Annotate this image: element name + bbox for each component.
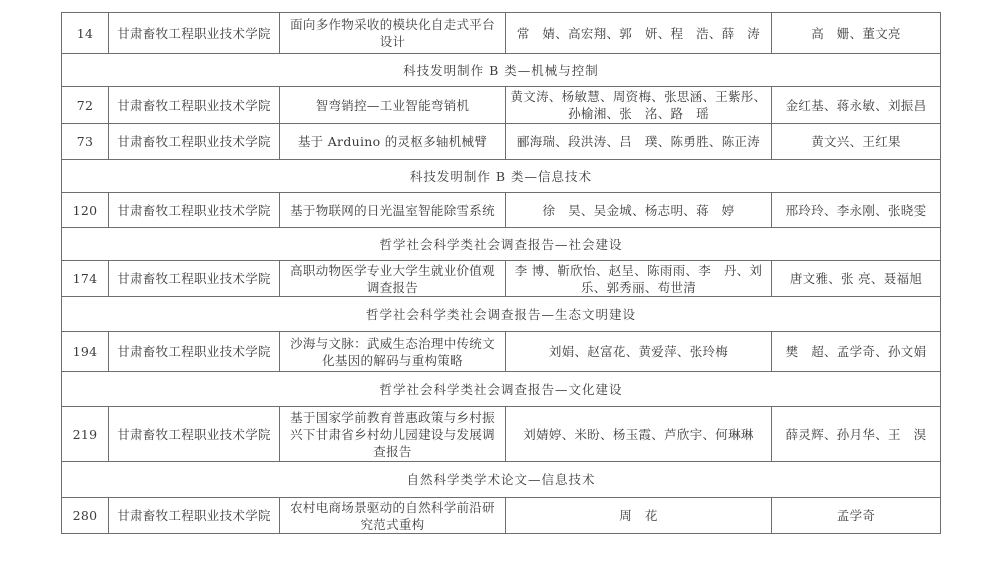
entry-number: 73 bbox=[62, 124, 109, 160]
advisor-names: 黄文兴、王红果 bbox=[772, 124, 941, 160]
school-name: 甘肃畜牧工程职业技术学院 bbox=[109, 407, 280, 462]
advisor-names: 唐文雅、张 亮、聂福旭 bbox=[772, 261, 941, 297]
table-row-category: 哲学社会科学类社会调查报告—社会建设 bbox=[62, 228, 941, 261]
advisor-names: 高 姗、董文亮 bbox=[772, 13, 941, 54]
table-row-entry: 14 甘肃畜牧工程职业技术学院 面向多作物采收的模块化自走式平台设计 常 婧、高… bbox=[62, 13, 941, 54]
table-row-category: 自然科学类学术论文—信息技术 bbox=[62, 462, 941, 498]
student-names: 常 婧、高宏翔、郭 妍、程 浩、薛 涛 bbox=[506, 13, 772, 54]
entry-number: 280 bbox=[62, 498, 109, 534]
entry-number: 72 bbox=[62, 87, 109, 124]
school-name: 甘肃畜牧工程职业技术学院 bbox=[109, 332, 280, 372]
advisor-names: 孟学奇 bbox=[772, 498, 941, 534]
school-name: 甘肃畜牧工程职业技术学院 bbox=[109, 124, 280, 160]
table-row-entry: 174 甘肃畜牧工程职业技术学院 高职动物医学专业大学生就业价值观调查报告 李 … bbox=[62, 261, 941, 297]
advisor-names: 邢玲玲、李永刚、张晓雯 bbox=[772, 193, 941, 228]
project-title: 智弯销控—工业智能弯销机 bbox=[280, 87, 506, 124]
award-list-table: 14 甘肃畜牧工程职业技术学院 面向多作物采收的模块化自走式平台设计 常 婧、高… bbox=[61, 12, 941, 534]
entry-number: 194 bbox=[62, 332, 109, 372]
category-heading: 自然科学类学术论文—信息技术 bbox=[62, 462, 941, 498]
table-row-entry: 72 甘肃畜牧工程职业技术学院 智弯销控—工业智能弯销机 黄文涛、杨敏慧、周资梅… bbox=[62, 87, 941, 124]
project-title: 基于 Arduino 的灵枢多轴机械臂 bbox=[280, 124, 506, 160]
table-row-entry: 219 甘肃畜牧工程职业技术学院 基于国家学前教育普惠政策与乡村振兴下甘肃省乡村… bbox=[62, 407, 941, 462]
project-title: 面向多作物采收的模块化自走式平台设计 bbox=[280, 13, 506, 54]
student-names: 郦海瑞、段洪涛、吕 璞、陈勇胜、陈正涛 bbox=[506, 124, 772, 160]
category-heading: 哲学社会科学类社会调查报告—社会建设 bbox=[62, 228, 941, 261]
table-row-entry: 280 甘肃畜牧工程职业技术学院 农村电商场景驱动的自然科学前沿研究范式重构 周… bbox=[62, 498, 941, 534]
school-name: 甘肃畜牧工程职业技术学院 bbox=[109, 193, 280, 228]
entry-number: 219 bbox=[62, 407, 109, 462]
advisor-names: 薛灵辉、孙月华、王 淏 bbox=[772, 407, 941, 462]
category-heading: 科技发明制作 B 类—机械与控制 bbox=[62, 54, 941, 87]
project-title: 农村电商场景驱动的自然科学前沿研究范式重构 bbox=[280, 498, 506, 534]
student-names: 刘婧婷、米盼、杨玉霞、芦欣宇、何琳琳 bbox=[506, 407, 772, 462]
school-name: 甘肃畜牧工程职业技术学院 bbox=[109, 87, 280, 124]
school-name: 甘肃畜牧工程职业技术学院 bbox=[109, 261, 280, 297]
project-title: 基于国家学前教育普惠政策与乡村振兴下甘肃省乡村幼儿园建设与发展调查报告 bbox=[280, 407, 506, 462]
student-names: 李 博、靳欣怡、赵呈、陈雨雨、李 丹、刘 乐、郭秀丽、苟世清 bbox=[506, 261, 772, 297]
document-page: 14 甘肃畜牧工程职业技术学院 面向多作物采收的模块化自走式平台设计 常 婧、高… bbox=[61, 12, 940, 534]
project-title: 高职动物医学专业大学生就业价值观调查报告 bbox=[280, 261, 506, 297]
entry-number: 14 bbox=[62, 13, 109, 54]
advisor-names: 樊 超、孟学奇、孙文娟 bbox=[772, 332, 941, 372]
category-heading: 科技发明制作 B 类—信息技术 bbox=[62, 160, 941, 193]
student-names: 刘娟、赵富花、黄爱萍、张玲梅 bbox=[506, 332, 772, 372]
project-title: 沙海与文脉：武威生态治理中传统文化基因的解码与重构策略 bbox=[280, 332, 506, 372]
table-row-category: 哲学社会科学类社会调查报告—文化建设 bbox=[62, 372, 941, 407]
table-row-category: 科技发明制作 B 类—信息技术 bbox=[62, 160, 941, 193]
school-name: 甘肃畜牧工程职业技术学院 bbox=[109, 13, 280, 54]
table-row-category: 科技发明制作 B 类—机械与控制 bbox=[62, 54, 941, 87]
student-names: 周 花 bbox=[506, 498, 772, 534]
table-row-category: 哲学社会科学类社会调查报告—生态文明建设 bbox=[62, 297, 941, 332]
school-name: 甘肃畜牧工程职业技术学院 bbox=[109, 498, 280, 534]
student-names: 徐 昊、吴金城、杨志明、蒋 婷 bbox=[506, 193, 772, 228]
student-names: 黄文涛、杨敏慧、周资梅、张思涵、王紫彤、孙榆湘、张 洺、路 瑶 bbox=[506, 87, 772, 124]
category-heading: 哲学社会科学类社会调查报告—生态文明建设 bbox=[62, 297, 941, 332]
category-heading: 哲学社会科学类社会调查报告—文化建设 bbox=[62, 372, 941, 407]
table-row-entry: 73 甘肃畜牧工程职业技术学院 基于 Arduino 的灵枢多轴机械臂 郦海瑞、… bbox=[62, 124, 941, 160]
entry-number: 120 bbox=[62, 193, 109, 228]
project-title: 基于物联网的日光温室智能除雪系统 bbox=[280, 193, 506, 228]
entry-number: 174 bbox=[62, 261, 109, 297]
table-row-entry: 120 甘肃畜牧工程职业技术学院 基于物联网的日光温室智能除雪系统 徐 昊、吴金… bbox=[62, 193, 941, 228]
table-row-entry: 194 甘肃畜牧工程职业技术学院 沙海与文脉：武威生态治理中传统文化基因的解码与… bbox=[62, 332, 941, 372]
advisor-names: 金红基、蒋永敏、刘振昌 bbox=[772, 87, 941, 124]
